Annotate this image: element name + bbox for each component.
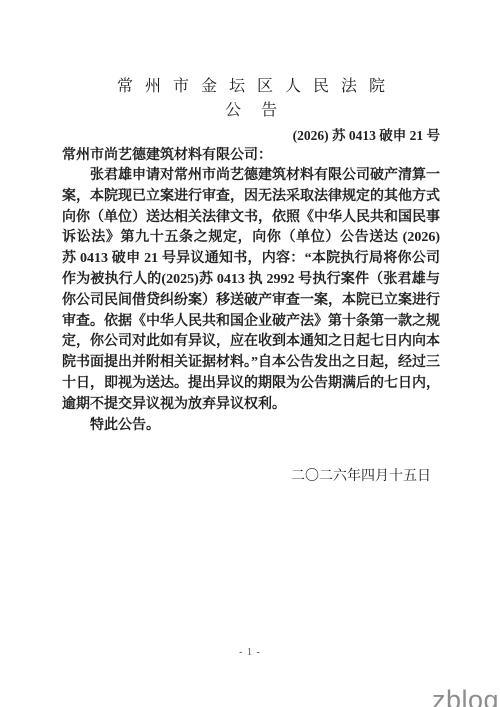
body-line: 审查。依据《中华人民共和国企业破产法》第十条第一款之规 [62,312,440,333]
case-number: (2026) 苏 0413 破申 21 号 [62,126,440,145]
body-line: 向你（单位）送达相关法律文书，依照《中华人民共和国民事 [62,208,440,229]
announcement-page: 常州市金坛区人民法院 公告 (2026) 苏 0413 破申 21 号 常州市尚… [0,0,500,707]
body-line: 案，本院现已立案进行审查，因无法采取法律规定的其他方式 [62,187,440,208]
document-type-title: 公告 [62,100,440,122]
body-line: 诉讼法》第九十五条之规定，向你（单位）公告送达 (2026) [62,228,440,249]
closing-line: 特此公告。 [62,416,440,437]
body-line: 十日，即视为送达。提出异议的期限为公告期满后的七日内， [62,374,440,395]
addressee-line: 常州市尚艺德建筑材料有限公司： [62,145,440,166]
watermark-zblog: zblog [432,687,499,707]
body-line: 院书面提出并附相关证据材料。”自本公告发出之日起，经过三 [62,353,440,374]
body-line: 作为被执行人的(2025)苏 0413 执 2992 号执行案件（张君雄与 [62,270,440,291]
body-line: 苏 0413 破申 21 号异议通知书，内容：“本院执行局将你公司 [62,249,440,270]
court-name-title: 常州市金坛区人民法院 [62,76,440,98]
page-number: - 1 - [0,647,500,658]
body-line: 逾期不提交异议视为放弃异议权利。 [62,395,440,416]
announcement-body: 张君雄申请对常州市尚艺德建筑材料有限公司破产清算一案，本院现已立案进行审查，因无… [62,166,440,436]
body-line: 定，你公司对此如有异议，应在收到本通知之日起七日内向本 [62,332,440,353]
body-line: 张君雄申请对常州市尚艺德建筑材料有限公司破产清算一 [62,166,440,187]
body-line: 你公司民间借贷纠纷案）移送破产审查一案，本院已立案进行 [62,291,440,312]
date-line: 二〇二六年四月十五日 [62,466,440,487]
body-lines: 张君雄申请对常州市尚艺德建筑材料有限公司破产清算一案，本院现已立案进行审查，因无… [62,166,440,416]
